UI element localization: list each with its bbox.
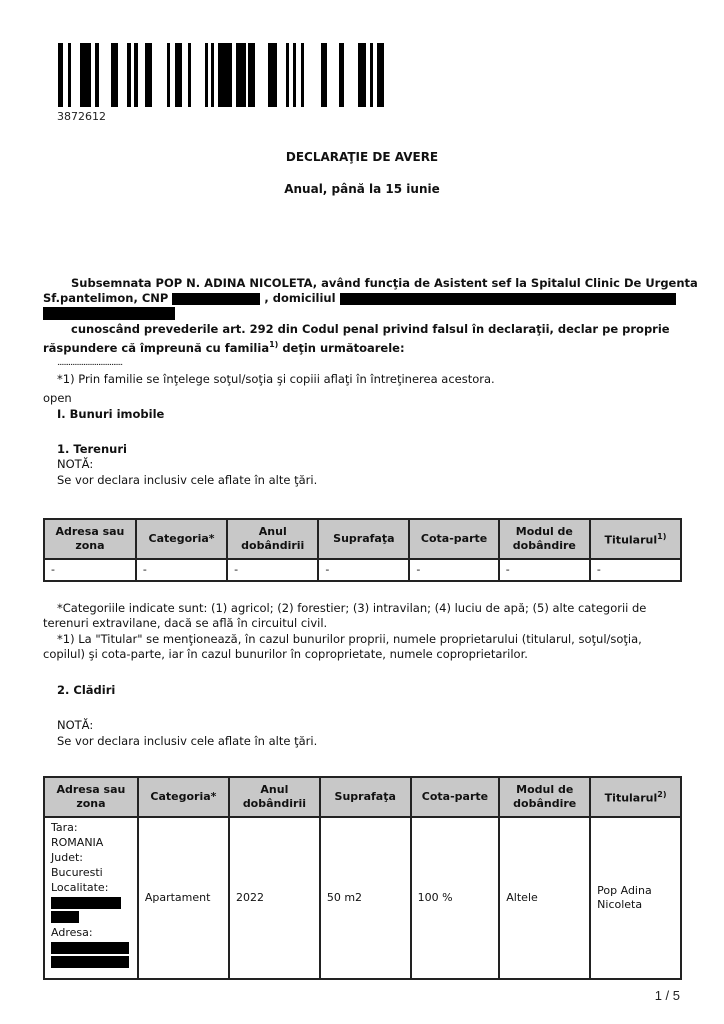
col-modul: Modul de dobândire — [499, 519, 590, 559]
intro-line-2: Sf.pantelimon, CNP , domiciliul — [43, 291, 703, 306]
cladiri-table: Adresa sau zona Categoria* Anul dobândir… — [43, 776, 682, 980]
terenuri-note-text: Se vor declara inclusiv cele aflate în a… — [57, 473, 317, 488]
redacted-adresa-cont — [51, 956, 129, 968]
intro-line-1: Subsemnata POP N. ADINA NICOLETA, având … — [57, 276, 707, 291]
redacted-localitate-cont — [51, 911, 79, 923]
col-categoria: Categoria* — [136, 519, 227, 559]
document-title: DECLARAŢIE DE AVERE — [0, 150, 724, 164]
table-row: - - - - - - - — [44, 559, 681, 581]
address-cell: Tara: ROMANIA Judet: Bucuresti Localitat… — [44, 817, 138, 979]
barcode-number: 3872612 — [57, 110, 106, 123]
categorii-footnote-1: *Categoriile indicate sunt: (1) agricol;… — [57, 601, 646, 616]
col-cota: Cota-parte — [409, 519, 498, 559]
table-row: Tara: ROMANIA Judet: Bucuresti Localitat… — [44, 817, 681, 979]
intro-line-4: răspundere că împreună cu familia1) deţi… — [43, 337, 703, 356]
dots-line: ................................... — [57, 356, 122, 371]
col-suprafata: Suprafaţa — [320, 777, 411, 817]
intro-line-3: cunoscând prevederile art. 292 din Codul… — [57, 322, 707, 337]
col-titular: Titularul2) — [590, 777, 681, 817]
redacted-address — [340, 293, 676, 305]
redacted-localitate — [51, 897, 121, 909]
titular-footnote-b: copilul) şi cota-parte, iar în cazul bun… — [43, 647, 528, 662]
col-modul: Modul de dobândire — [499, 777, 590, 817]
col-titular: Titularul1) — [590, 519, 681, 559]
subsection-cladiri: 2. Clădiri — [57, 683, 115, 698]
page-number: 1 / 5 — [655, 988, 680, 1003]
col-anul: Anul dobândirii — [227, 519, 318, 559]
col-categoria: Categoria* — [138, 777, 229, 817]
col-adresa: Adresa sau zona — [44, 519, 136, 559]
cladiri-note-text: Se vor declara inclusiv cele aflate în a… — [57, 734, 317, 749]
categorii-footnote-1b: terenuri extravilane, dacă se află în ci… — [43, 616, 327, 631]
redacted-adresa — [51, 942, 129, 954]
cladiri-note-label: NOTĂ: — [57, 718, 93, 733]
subsection-terenuri: 1. Terenuri — [57, 442, 127, 457]
col-suprafata: Suprafaţa — [318, 519, 409, 559]
col-anul: Anul dobândirii — [229, 777, 320, 817]
redacted-address-cont — [43, 307, 175, 320]
section-bunuri-imobile: I. Bunuri imobile — [57, 407, 164, 422]
terenuri-table: Adresa sau zona Categoria* Anul dobândir… — [43, 518, 682, 582]
document-subtitle: Anual, până la 15 iunie — [0, 182, 724, 196]
col-cota: Cota-parte — [411, 777, 500, 817]
open-label: open — [43, 391, 72, 406]
col-adresa: Adresa sau zona — [44, 777, 138, 817]
redacted-cnp — [172, 293, 260, 305]
terenuri-note-label: NOTĂ: — [57, 457, 93, 472]
family-footnote: *1) Prin familie se înţelege soţul/soţia… — [57, 372, 495, 387]
titular-footnote: *1) La "Titular" se menţionează, în cazu… — [57, 632, 642, 647]
barcode — [58, 43, 378, 107]
